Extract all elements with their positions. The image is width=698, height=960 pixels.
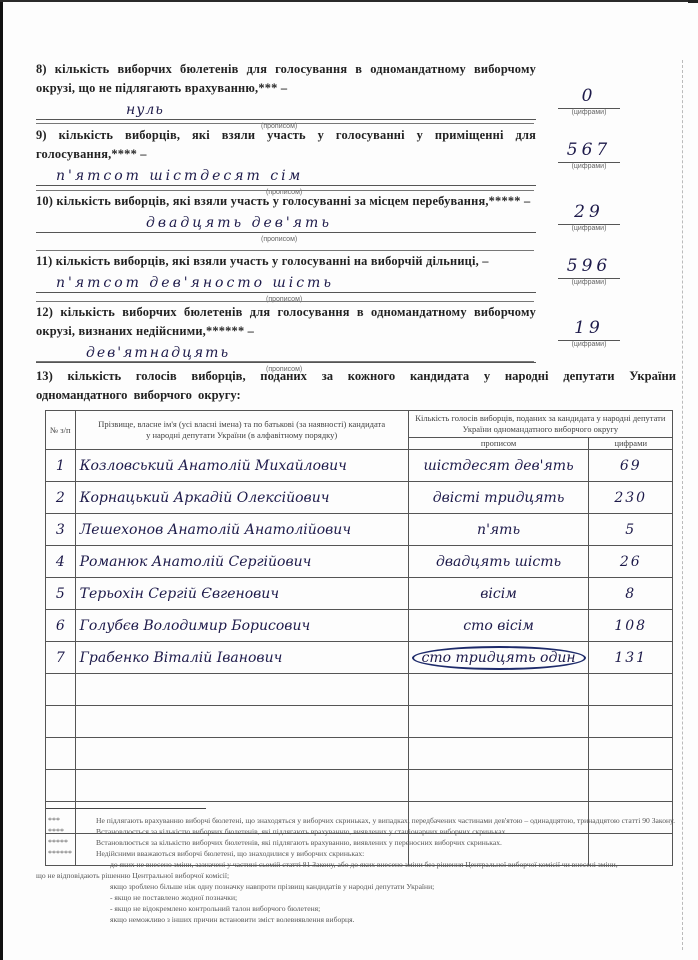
header-votes-group: Кількість голосів виборців, поданих за к… <box>408 411 672 438</box>
question-12-text: 12) кількість виборчих бюлетенів для гол… <box>36 303 536 341</box>
footnote-subline: - якщо не поставлено жодної позначки; <box>36 892 682 903</box>
question-10-text: 10) кількість виборців, які взяли участь… <box>36 192 536 211</box>
header-votes-words: прописом <box>408 438 589 450</box>
header-candidate-name: Прізвище, власне ім'я (усі власні імена)… <box>75 411 408 450</box>
empty-row <box>46 674 673 706</box>
empty-cell <box>408 770 589 802</box>
candidate-votes-words: сто тридцять один <box>408 642 589 674</box>
candidate-votes-digits: 131 <box>589 642 673 674</box>
answer-8-digits-caption: (цифрами) <box>558 109 620 116</box>
candidate-row: 2Корнацький Аркадій Олексійовичдвісті тр… <box>46 482 673 514</box>
empty-cell <box>408 706 589 738</box>
empty-cell <box>75 674 408 706</box>
header-votes-digits: цифрами <box>589 438 673 450</box>
footnote-item: ***Не підлягають врахуванню виборчі бюле… <box>36 815 682 826</box>
answer-12-words-line: дев'ятнадцять (прописом) <box>36 342 536 363</box>
section-11: 11) кількість виборців, які взяли участь… <box>36 252 536 293</box>
empty-cell <box>75 770 408 802</box>
footnote-mark: *** <box>36 815 96 826</box>
candidate-votes-words: двадцять шість <box>408 546 589 578</box>
answer-9-words-line: п'ятсот шістдесят сім (прописом) <box>36 165 536 186</box>
answer-8-words-line: нуль (прописом) <box>36 99 536 120</box>
separator <box>36 301 534 302</box>
candidate-votes-table: № з/п Прізвище, власне ім'я (усі власні … <box>45 410 673 866</box>
empty-cell <box>75 706 408 738</box>
scan-edge-top <box>0 0 698 2</box>
empty-cell <box>408 738 589 770</box>
answer-12-digits: 19 <box>558 318 620 341</box>
footnote-mark: ***** <box>36 837 96 848</box>
empty-row <box>46 770 673 802</box>
footnote-subline: - якщо не відокремлено контрольний талон… <box>36 903 682 914</box>
answer-10-words-line: двадцять дев'ять (прописом) <box>36 212 536 233</box>
footnote-text: Встановлюється за кількістю виборчих бюл… <box>96 838 502 847</box>
question-9-text: 9) кількість виборців, які взяли участь … <box>36 126 536 164</box>
answer-11-digits: 596 <box>558 256 620 279</box>
candidate-row: 1Козловський Анатолій Михайловичшістдеся… <box>46 450 673 482</box>
candidate-number: 5 <box>46 578 76 610</box>
footnote-item: ****Встановлюється за кількістю виборчих… <box>36 826 682 837</box>
empty-row <box>46 738 673 770</box>
answer-9-digits-caption: (цифрами) <box>558 163 620 170</box>
candidate-name: Козловський Анатолій Михайлович <box>75 450 408 482</box>
section-8: 8) кількість виборчих бюлетенів для голо… <box>36 60 536 120</box>
footnote-list: ***Не підлягають врахуванню виборчі бюле… <box>36 815 682 859</box>
candidate-name: Терьохін Сергій Євгенович <box>75 578 408 610</box>
candidate-votes-digits: 69 <box>589 450 673 482</box>
empty-cell <box>589 770 673 802</box>
answer-10-words: двадцять дев'ять <box>146 215 332 231</box>
empty-cell <box>75 738 408 770</box>
answer-12-digits-caption: (цифрами) <box>558 341 620 348</box>
answer-9-digits: 567 <box>558 140 620 163</box>
answer-11-digits-box: 596 (цифрами) <box>558 256 620 286</box>
candidate-name: Романюк Анатолій Сергійович <box>75 546 408 578</box>
candidate-votes-words: двісті тридцять <box>408 482 589 514</box>
candidate-votes-words: шістдесят дев'ять <box>408 450 589 482</box>
candidate-votes-words: вісім <box>408 578 589 610</box>
footnote-subline: до яких не внесено зміни, зазначені у ча… <box>36 859 682 870</box>
footnote-subline: якщо зроблено більше ніж одну позначку н… <box>36 881 682 892</box>
answer-9-words: п'ятсот шістдесят сім <box>56 168 303 184</box>
candidate-votes-digits: 26 <box>589 546 673 578</box>
candidate-name: Голубєв Володимир Борисович <box>75 610 408 642</box>
footnote-text: Недійсними вважаються виборчі бюлетені, … <box>96 849 364 858</box>
header-number: № з/п <box>46 411 76 450</box>
circled-annotation: сто тридцять один <box>412 646 586 670</box>
footnote-sublist: до яких не внесено зміни, зазначені у ча… <box>36 859 682 925</box>
candidate-name: Грабенко Віталій Іванович <box>75 642 408 674</box>
candidate-row: 3Лешехонов Анатолій Анатолійовичп'ять5 <box>46 514 673 546</box>
candidate-votes-digits: 108 <box>589 610 673 642</box>
empty-cell <box>46 738 76 770</box>
question-11-text: 11) кількість виборців, які взяли участь… <box>36 252 536 271</box>
section-9: 9) кількість виборців, які взяли участь … <box>36 124 536 186</box>
footnote-item: ******Недійсними вважаються виборчі бюле… <box>36 848 682 859</box>
candidate-row: 6Голубєв Володимир Борисовичсто вісім108 <box>46 610 673 642</box>
answer-8-digits-box: 0 (цифрами) <box>558 86 620 116</box>
candidate-number: 1 <box>46 450 76 482</box>
question-8-text: 8) кількість виборчих бюлетенів для голо… <box>36 60 536 98</box>
empty-row <box>46 706 673 738</box>
candidate-rows: 1Козловський Анатолій Михайловичшістдеся… <box>46 450 673 866</box>
empty-cell <box>46 706 76 738</box>
candidate-row: 5Терьохін Сергій Євгеновичвісім8 <box>46 578 673 610</box>
footnote-mark: ****** <box>36 848 96 859</box>
candidate-number: 3 <box>46 514 76 546</box>
answer-8-words: нуль <box>126 102 164 118</box>
answer-9-digits-box: 567 (цифрами) <box>558 140 620 170</box>
separator <box>36 250 534 251</box>
empty-cell <box>408 674 589 706</box>
scan-edge-left <box>0 0 3 960</box>
page-margin-line <box>682 60 684 950</box>
answer-12-digits-box: 19 (цифрами) <box>558 318 620 348</box>
answer-10-words-caption: (прописом) <box>261 236 297 243</box>
footnote-mark: **** <box>36 826 96 837</box>
candidate-row: 7Грабенко Віталій Івановичсто тридцять о… <box>46 642 673 674</box>
candidate-votes-digits: 8 <box>589 578 673 610</box>
question-13-text: 13) кількість голосів виборців, поданих … <box>36 367 676 405</box>
empty-cell <box>589 706 673 738</box>
answer-11-digits-caption: (цифрами) <box>558 279 620 286</box>
candidate-votes-digits: 230 <box>589 482 673 514</box>
scan-edge-corner <box>688 0 698 3</box>
candidate-number: 7 <box>46 642 76 674</box>
separator <box>36 190 534 191</box>
footnote-item: *****Встановлюється за кількістю виборчи… <box>36 837 682 848</box>
candidate-number: 2 <box>46 482 76 514</box>
empty-cell <box>46 674 76 706</box>
section-10: 10) кількість виборців, які взяли участь… <box>36 192 536 233</box>
answer-11-words-line: п'ятсот дев'яносто шість (прописом) <box>36 272 536 293</box>
separator <box>36 361 534 362</box>
answer-10-digits-caption: (цифрами) <box>558 225 620 232</box>
empty-cell <box>589 738 673 770</box>
candidate-votes-words: п'ять <box>408 514 589 546</box>
empty-cell <box>589 674 673 706</box>
section-12: 12) кількість виборчих бюлетенів для гол… <box>36 303 536 363</box>
candidate-votes-digits: 5 <box>589 514 673 546</box>
candidate-votes-words: сто вісім <box>408 610 589 642</box>
footnotes: ***Не підлягають врахуванню виборчі бюле… <box>36 808 682 925</box>
candidate-name: Лешехонов Анатолій Анатолійович <box>75 514 408 546</box>
empty-cell <box>46 770 76 802</box>
answer-10-digits: 29 <box>558 202 620 225</box>
footnote-rule <box>46 808 206 809</box>
footnote-subline: якщо неможливо з інших причин встановити… <box>36 914 682 925</box>
candidate-row: 4Романюк Анатолій Сергійовичдвадцять шіс… <box>46 546 673 578</box>
answer-11-words: п'ятсот дев'яносто шість <box>56 275 334 291</box>
footnote-text: Встановлюється за кількістю виборчих бюл… <box>96 827 507 836</box>
answer-10-digits-box: 29 (цифрами) <box>558 202 620 232</box>
footnote-text: Не підлягають врахуванню виборчі бюлетен… <box>96 816 675 825</box>
answer-8-digits: 0 <box>558 86 620 109</box>
candidate-number: 4 <box>46 546 76 578</box>
footnote-subline: що не відповідають рішенню Центральної в… <box>36 870 682 881</box>
candidate-number: 6 <box>46 610 76 642</box>
answer-12-words: дев'ятнадцять <box>86 345 230 361</box>
candidate-name: Корнацький Аркадій Олексійович <box>75 482 408 514</box>
